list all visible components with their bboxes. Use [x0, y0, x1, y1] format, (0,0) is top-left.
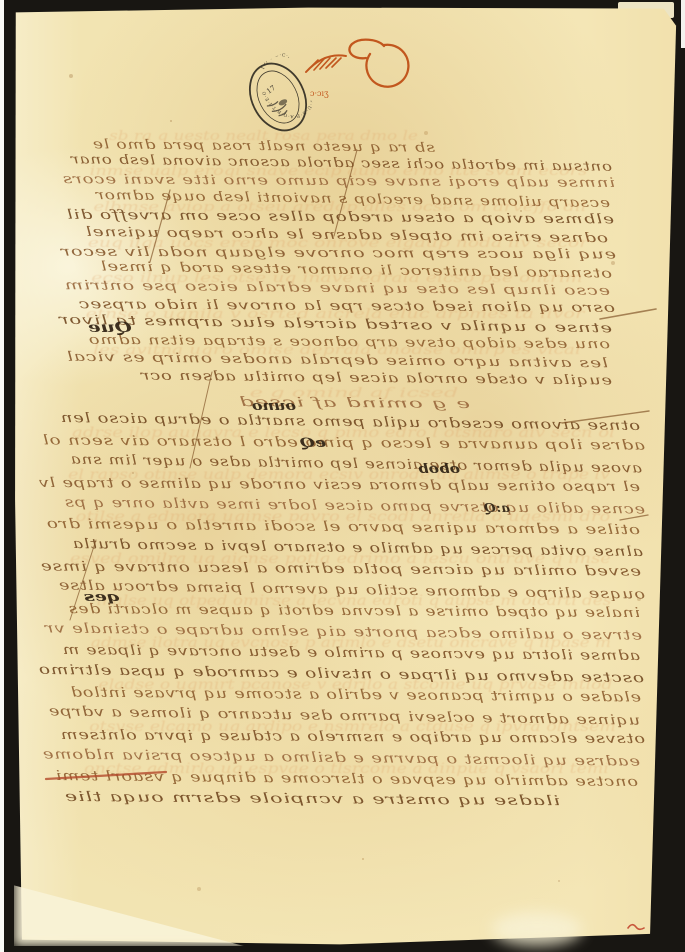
svg-text:inalse uq otped omirse a lecvn: inalse uq otped omirse a lecvna edroti q…	[68, 601, 640, 621]
svg-text:el rapso otinse ualp demora ec: el rapso otinse ualp demora ecsiv onrode…	[38, 475, 640, 495]
svg-text:Que: Que	[88, 320, 132, 336]
svg-text:qes: qes	[83, 590, 120, 605]
dark-ink-word: qes	[83, 590, 120, 605]
svg-text:otsvse elcamo uq ardipo e nsmr: otsvse elcamo uq ardipo e nsmrelo a ctdu…	[60, 727, 645, 747]
dark-ink-word: Que	[88, 320, 132, 336]
script-line: otsvse elcamo uq ardipo e nsmrelo a ctdu…	[60, 727, 645, 747]
dark-ink-word: obob	[418, 462, 460, 477]
svg-text:eQ: eQ	[299, 436, 326, 451]
dark-ink-word: a:Q	[483, 501, 510, 515]
svg-text:obob: obob	[418, 462, 460, 477]
script-line: el rapso otinse ualp demora ecsiv onrode…	[38, 475, 640, 495]
scan-background: I·O·T·D·C·A·E·R·L·B·N·M·S·V·U·G·P·A·Q·R·…	[0, 0, 685, 952]
script-line: inalse uq otped omirse a lecvna edroti q…	[68, 601, 640, 621]
dark-ink-word: eQ	[299, 436, 326, 451]
red-corner-squiggle	[628, 925, 644, 930]
handwritten-text: sb ra q uesto nealt rosa pera dmo lesb r…	[0, 0, 685, 952]
svg-text:ouno: ouno	[252, 399, 296, 414]
svg-text:a:Q: a:Q	[483, 501, 510, 515]
script-line: iladse uq omstre a vcnpiole edsrm ouqa t…	[64, 789, 560, 809]
dark-ink-word: ouno	[252, 399, 296, 414]
svg-text:iladse uq omstre a vcnpiole ed: iladse uq omstre a vcnpiole edsrm ouqa t…	[64, 789, 560, 809]
